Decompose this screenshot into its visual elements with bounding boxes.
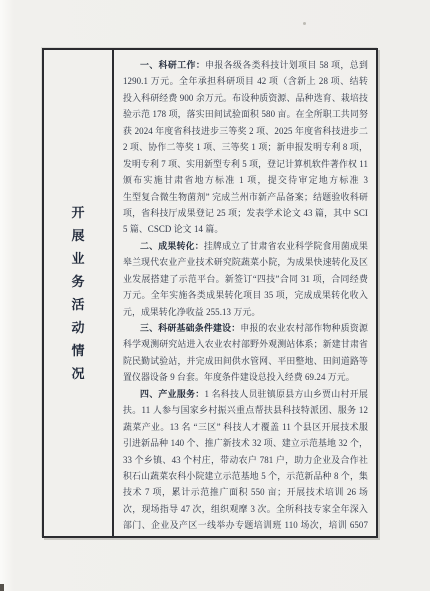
- text-line: 元，成果转化净收益 255.13 万元。: [123, 304, 368, 320]
- text-line: 院民勤试验站，并完成田间供水管网、平田整地、田间道路等建设；添: [123, 353, 368, 369]
- text-line: 1290.1 万元。全年承担科研项目 42 项（含新上 28 项、结转 14 项…: [123, 73, 368, 89]
- section-title: 四、产业服务：: [140, 389, 205, 399]
- text-line: 三、科研基础条件建设：申报的农业农村部作物种质资源高台野外: [123, 320, 368, 336]
- row-header-char: 况: [71, 367, 84, 380]
- row-header-char: 活: [71, 298, 84, 311]
- text-line: 扶。11 人参与国家乡村振兴重点帮扶县科技特派团、服务 12 个县区: [123, 402, 368, 418]
- text-line: 投入科研经费 900 余万元。布设种质资源、品种选育、栽培技术等试: [123, 90, 368, 106]
- text-line: 颁布实施甘肃省地方标准 1 项，提交待审定地方标准 3 项；“防病促: [123, 172, 368, 188]
- row-header-char: 开: [71, 206, 84, 219]
- section-title: 三、科研基础条件建设：: [140, 323, 240, 333]
- text-line: 发明专利 7 项、实用新型专利 5 项，登记计算机软件著作权 11 项；: [123, 156, 368, 172]
- text-line: 次，现场指导 47 次，组织观摩 3 次。全所科技专家全年深入地方政府: [123, 501, 368, 517]
- text-line: 皋兰现代农业产业技术研究院蔬菜小院，为成果快速转化及区域特色产: [123, 254, 368, 270]
- text-line: 万元。全年实施各类成果转化项目 35 项，完成成果转化收入 327.41 万: [123, 287, 368, 303]
- text-line: 置仪器设备 9 台套。年度条件建设总投入经费 69.24 万元。: [123, 369, 368, 385]
- text-line: 部门、企业及产区一线举办专题培训班 110 场次，培训 6507 人次。: [123, 517, 368, 533]
- row-header-label: 开展业务活动情况: [71, 206, 84, 380]
- text-line: 四、产业服务：1 名科技人员驻镇原县方山乡贾山村开展定点帮: [123, 386, 368, 402]
- scan-speck: [0, 584, 4, 591]
- text-line: 验示范 178 项，落实田间试验面积 580 亩。在全所职工共同努力下，: [123, 106, 368, 122]
- text-line: 获 2024 年度省科技进步三等奖 2 项、2025 年度省科技进步二等奖: [123, 123, 368, 139]
- text-line: 蔬菜产业。13 名 “三区” 科技人才覆盖 11 个县区开展技术服务，: [123, 419, 368, 435]
- activity-content-cell: 一、科研工作：申报各级各类科技计划项目 58 项，总到位经费1290.1 万元。…: [114, 50, 376, 536]
- text-line: 5 篇、CSCD 论文 14 篇。: [123, 221, 368, 237]
- text-line: 33 个乡镇、43 个村庄，带动农户 781 户，助力企业及合作社 34 家。: [123, 452, 368, 468]
- text-line: 二、成果转化：挂牌成立了甘肃省农业科学院食用菌成果转化中心，: [123, 238, 368, 254]
- section-title: 二、成果转化：: [140, 241, 204, 251]
- text-line: 科学观测研究站进入农业农村部野外观测站体系；新建甘肃省农业科学: [123, 336, 368, 352]
- text-line: 2 项、协作二等奖 1 项、三等奖 1 项；新申报发明专利 8 项，授权: [123, 139, 368, 155]
- row-header-char: 展: [71, 229, 84, 242]
- text-line: 一、科研工作：申报各级各类科技计划项目 58 项，总到位经费: [123, 57, 368, 73]
- row-header-char: 情: [71, 344, 84, 357]
- section-title: 一、科研工作：: [140, 60, 205, 70]
- business-activity-table: 开展业务活动情况 一、科研工作：申报各级各类科技计划项目 58 项，总到位经费1…: [42, 48, 378, 538]
- scan-speck: [303, 22, 306, 25]
- row-header-char: 业: [71, 252, 84, 265]
- row-header-cell: 开展业务活动情况: [44, 50, 114, 536]
- text-line: 积石山蔬菜农科小院建立示范基地 5 个，示范新品种 8 个，集成推广新: [123, 468, 368, 484]
- text-line: 业发展搭建了示范平台。新签订“四技”合同 31 项，合同经费 417.75: [123, 271, 368, 287]
- row-header-char: 务: [71, 275, 84, 288]
- text-line: 技术 7 项，累计示范推广面积 550 亩；开展技术培训 26 场次、1332 …: [123, 484, 368, 500]
- text-line: 生型复合微生物菌剂” 完成兰州市新产品备案；结题验收科研项目 25: [123, 189, 368, 205]
- text-line: 项，省科技厅成果登记 25 项；发表学术论文 43 篇，其中 SCI 论文: [123, 205, 368, 221]
- text-line: 引进新品种 140 个、推广新技术 32 项、建立示范基地 32 个，服务: [123, 435, 368, 451]
- row-header-char: 动: [71, 321, 84, 334]
